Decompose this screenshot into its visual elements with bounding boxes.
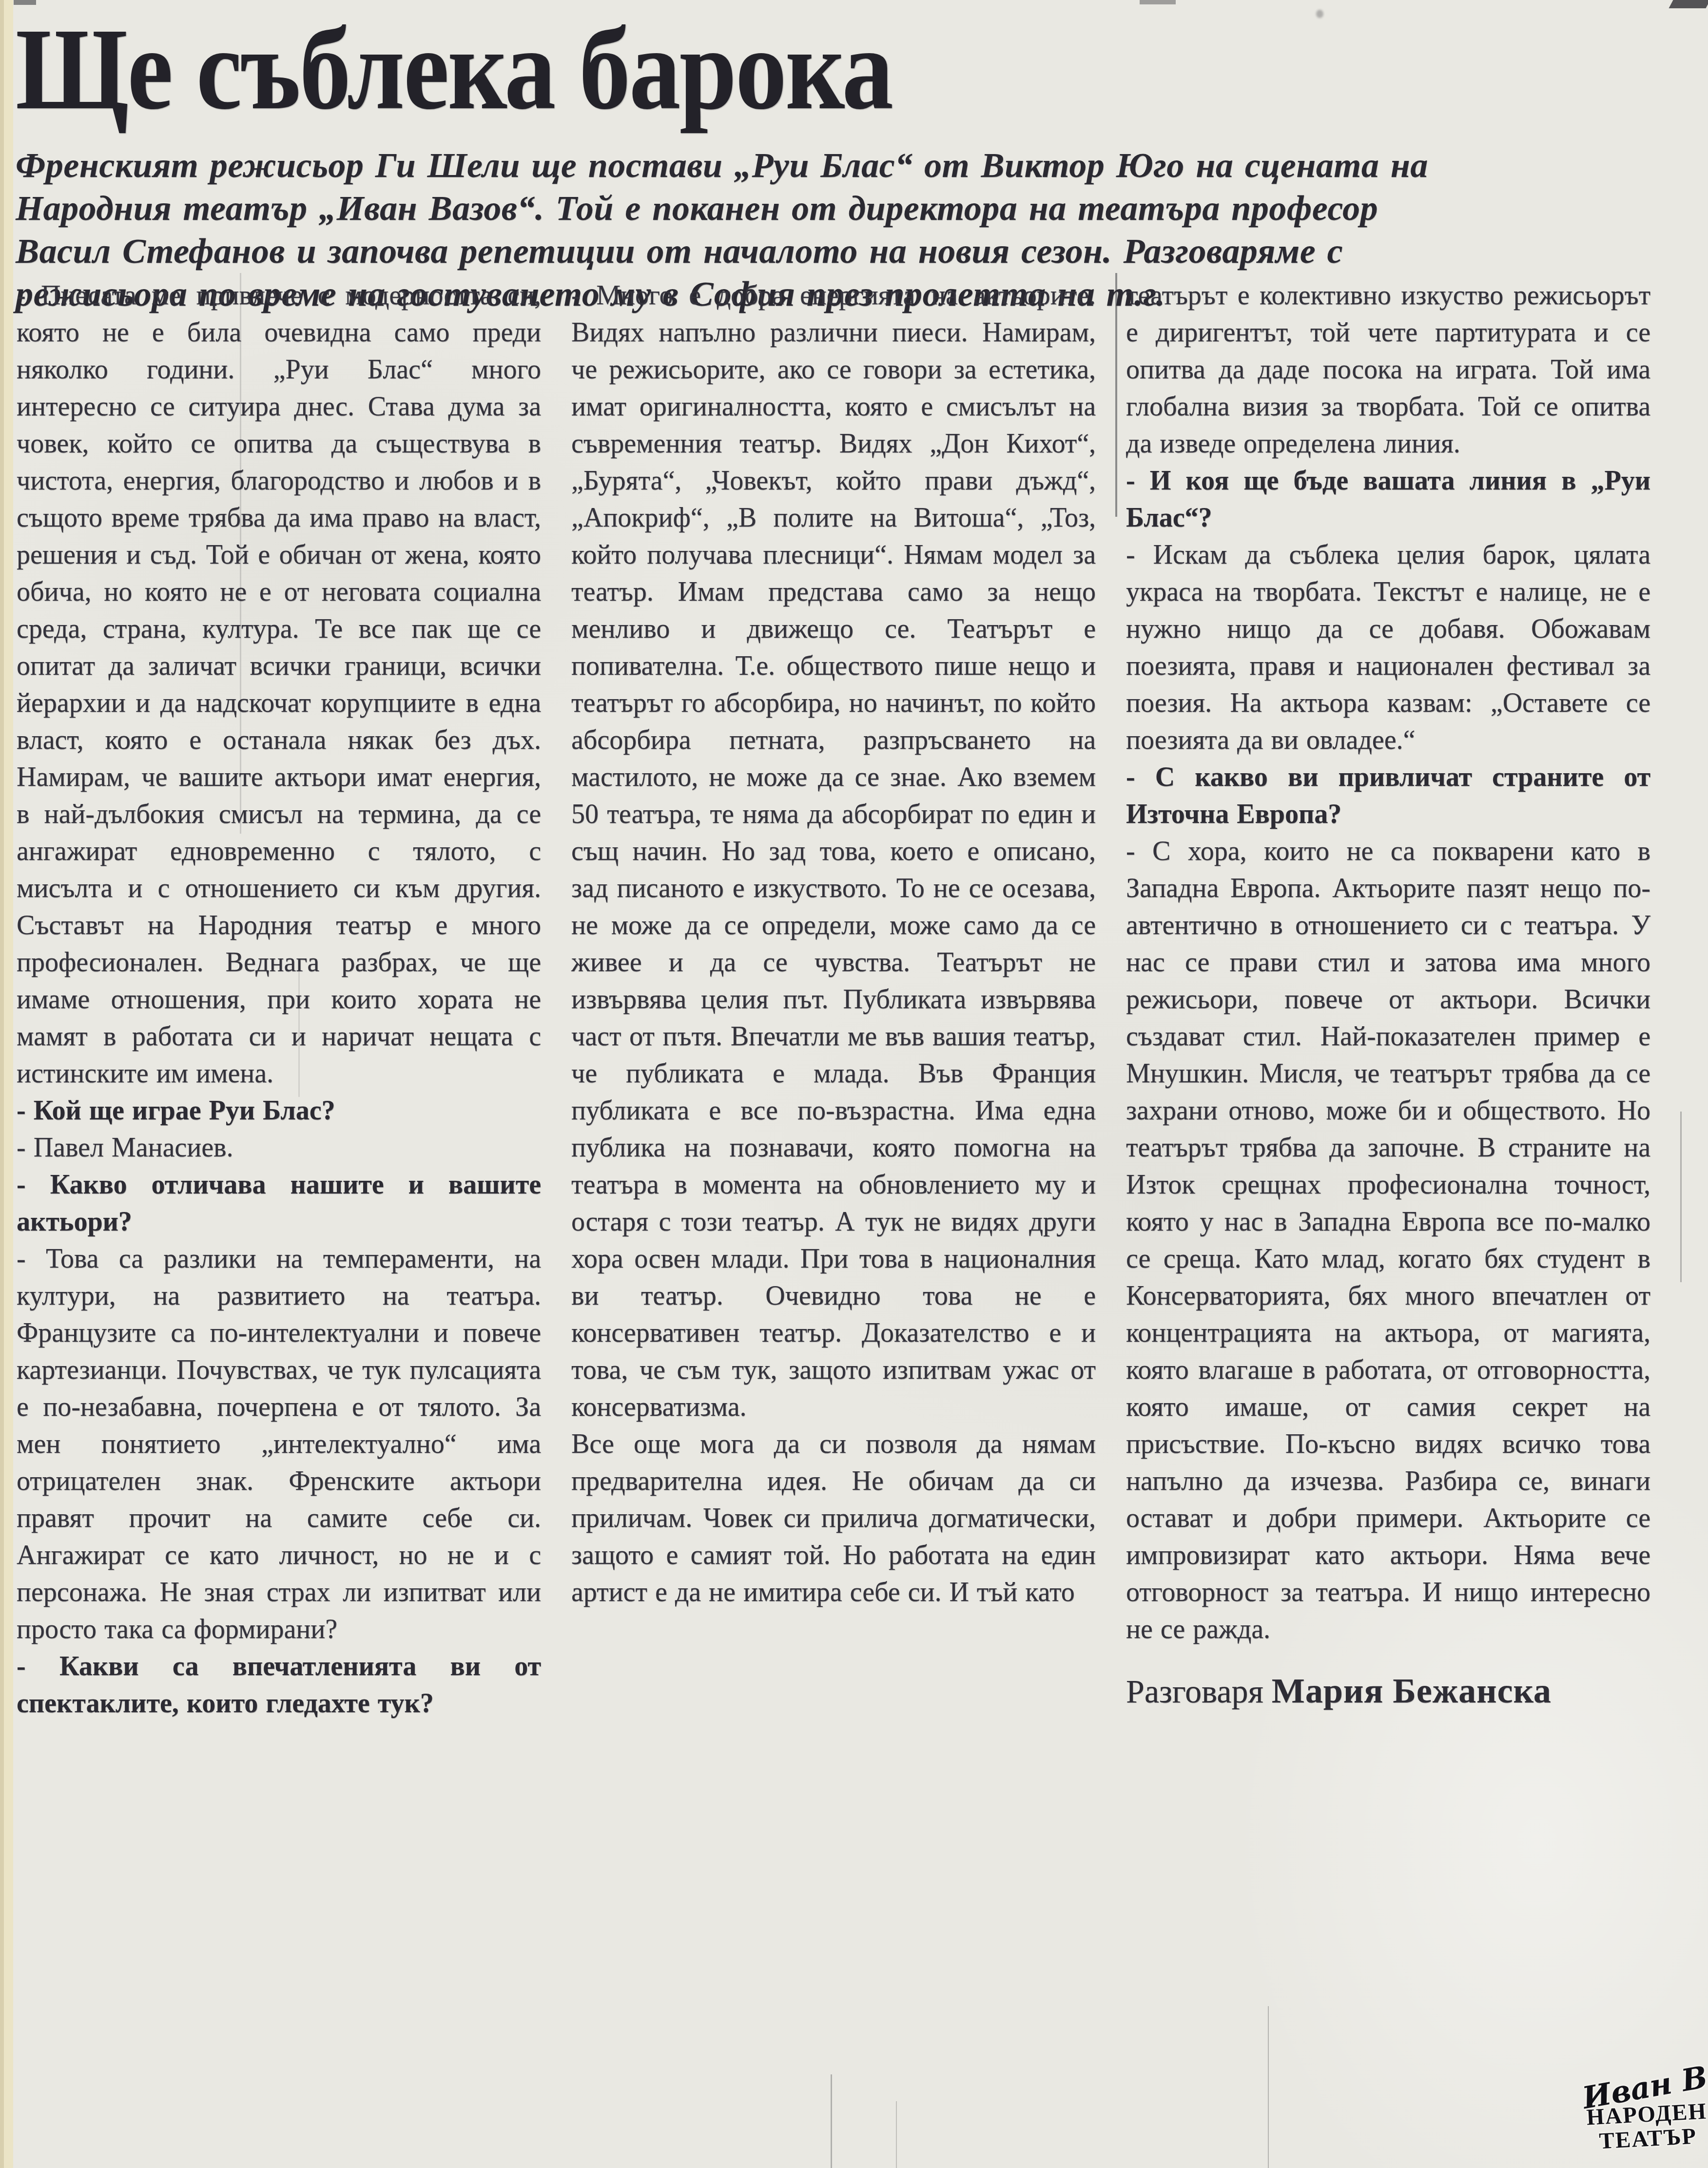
article-title: Ще съблека барока: [16, 7, 1491, 131]
scan-artifact: [1268, 2006, 1269, 2168]
column-1: - Пиесата ме привлече с модерността си, …: [17, 277, 541, 1722]
theater-stamp: Иван Вазов НАРОДЕН ТЕАТЪР: [1581, 2070, 1708, 2154]
scan-artifact: [240, 273, 241, 834]
scan-artifact: [14, 0, 36, 5]
scan-artifact: [1316, 10, 1323, 18]
scan-artifact: [831, 2074, 832, 2168]
article-paragraph: - Пиесата ме привлече с модерността си, …: [17, 277, 541, 1092]
scan-artifact: [896, 2101, 897, 2168]
article-header: Ще съблека барока Френският режисьор Ги …: [16, 7, 1692, 315]
scan-artifact: [298, 970, 300, 1097]
newspaper-clipping: Ще съблека барока Френският режисьор Ги …: [0, 0, 1708, 2168]
scan-artifact: [1680, 1112, 1682, 1282]
interview-question: - Какво отличава нашите и вашите актьори…: [17, 1166, 541, 1240]
byline-prefix: Разговаря: [1126, 1673, 1272, 1710]
column-rule-artifact: [1115, 273, 1117, 517]
scan-artifact: [1669, 0, 1708, 8]
byline: Разговаря Мария Бежанска: [1126, 1670, 1650, 1712]
lede-line: Народния театър „Иван Вазов“. Той е пока…: [16, 187, 1692, 230]
article-paragraph: театърът е колективно изкуство режисьоръ…: [1126, 277, 1650, 462]
article-body: - Пиесата ме привлече с модерността си, …: [17, 277, 1650, 1722]
article-paragraph: - Искам да съблека целия барок, цялата у…: [1126, 536, 1650, 759]
article-paragraph: Все още мога да си позволя да нямам пред…: [571, 1426, 1096, 1611]
paper-edge: [0, 0, 13, 2168]
interview-question: - С какво ви привличат страните от Източ…: [1126, 759, 1650, 833]
scan-artifact: [1140, 0, 1176, 4]
article-paragraph: - С хора, които не са покварени като в З…: [1126, 833, 1650, 1648]
interview-question: - И коя ще бъде вашата линия в „Руи Блас…: [1126, 462, 1650, 536]
article-paragraph: - Много е добра енергията на актьорите. …: [571, 277, 1096, 1426]
column-3: театърът е колективно изкуство режисьоръ…: [1126, 277, 1650, 1722]
interview-question: - Какви са впечатленията ви от спектакли…: [17, 1648, 541, 1722]
column-2: - Много е добра енергията на актьорите. …: [571, 277, 1096, 1722]
article-paragraph: - Павел Манасиев.: [17, 1129, 541, 1166]
lede-line: Френският режисьор Ги Шели ще постави „Р…: [16, 144, 1692, 187]
lede-line: Васил Стефанов и започва репетиции от на…: [16, 230, 1692, 273]
author-name: Мария Бежанска: [1272, 1671, 1552, 1710]
interview-question: - Кой ще играе Руи Блас?: [17, 1092, 541, 1129]
article-paragraph: - Това са разлики на темпераменти, на ку…: [17, 1240, 541, 1648]
